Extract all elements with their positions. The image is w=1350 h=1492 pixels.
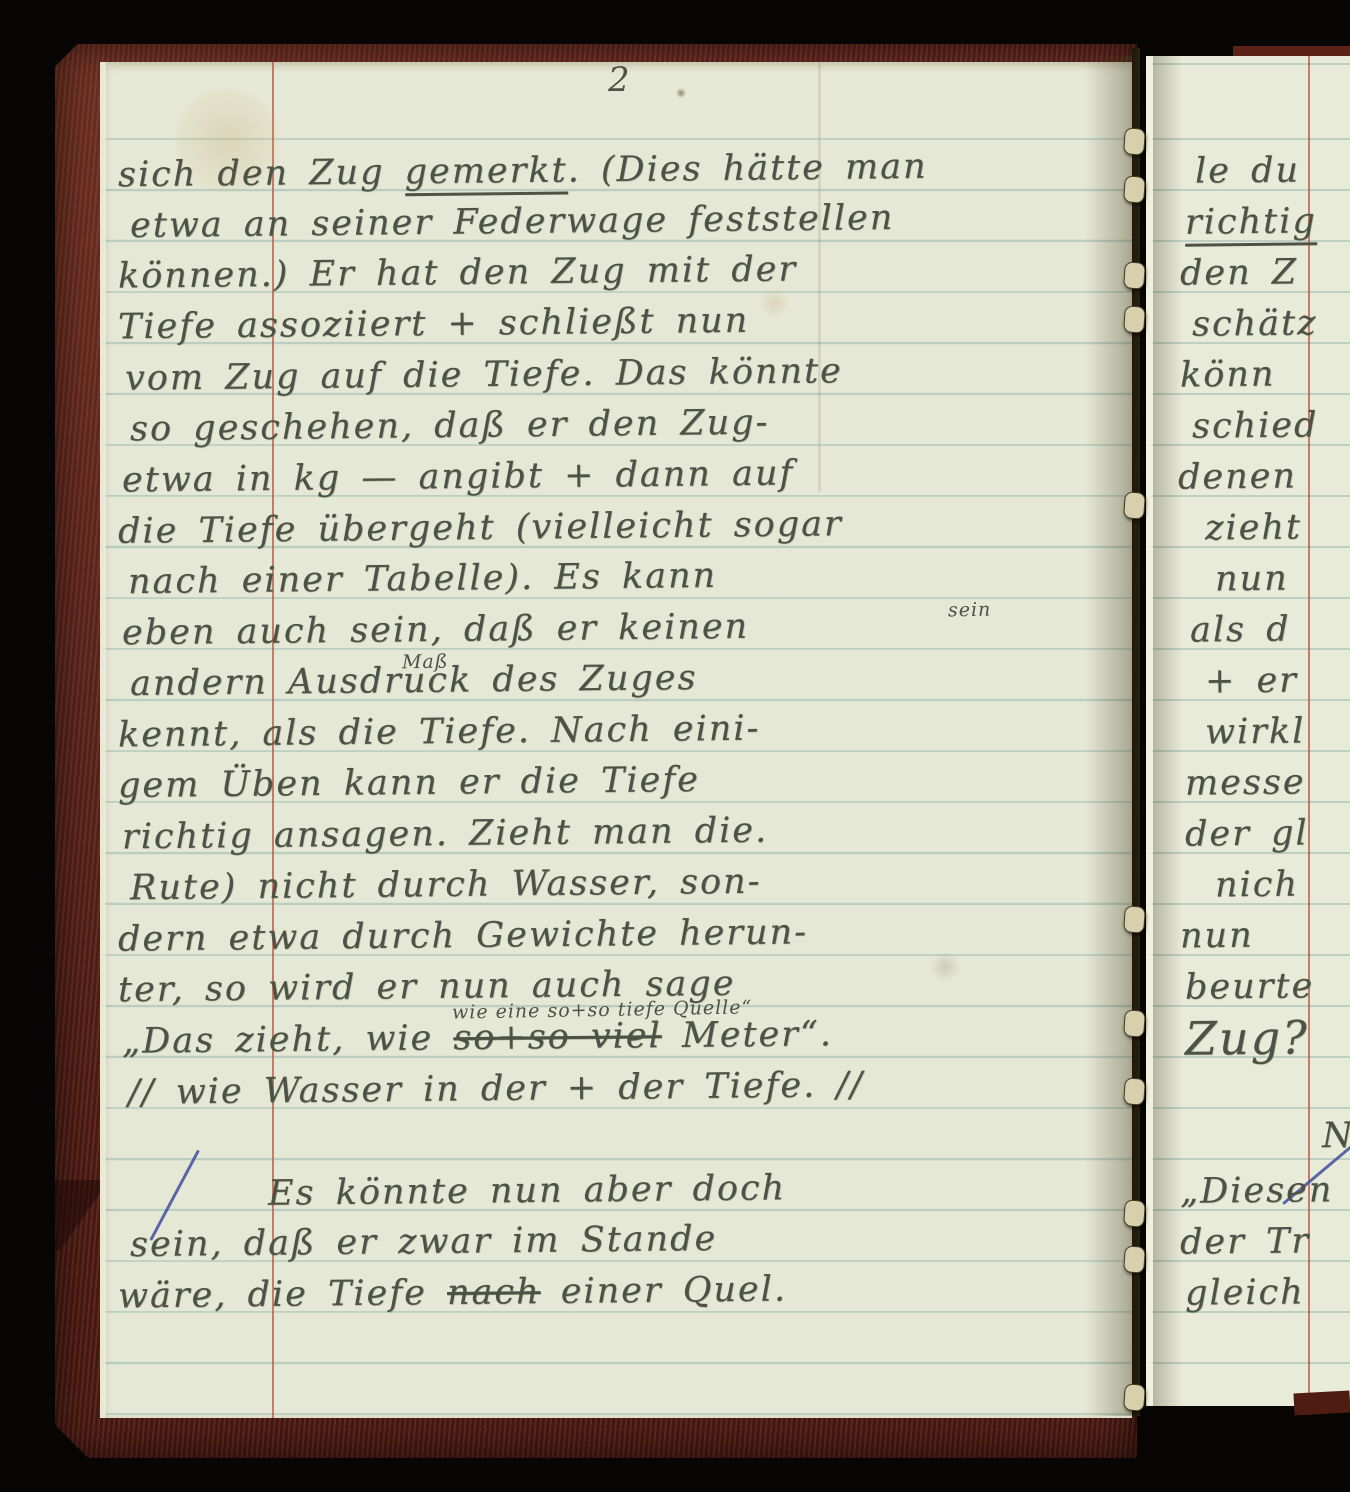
- manuscript-line: sich den Zug gemerkt. (Dies hätte man: [118, 143, 928, 199]
- manuscript-line: denen: [1178, 452, 1297, 501]
- manuscript-line: nach einer Tabelle). Es kann: [128, 552, 718, 606]
- manuscript-line: der gl: [1185, 809, 1309, 858]
- manuscript-line: dern etwa durch Gewichte herun-: [118, 908, 808, 963]
- page-edge: [1146, 56, 1153, 1406]
- binding-thread-icon: [1123, 1245, 1146, 1273]
- binding-thread-icon: [1123, 1077, 1146, 1105]
- manuscript-line: vom Zug auf die Tiefe. Das könnte: [125, 347, 843, 403]
- line-text: „Das zieht, wie: [122, 1018, 454, 1061]
- binding-thread-icon: [1123, 1009, 1146, 1037]
- manuscript-line: nun: [1215, 555, 1289, 604]
- manuscript-line: beurte: [1185, 962, 1315, 1011]
- binding-thread-icon: [1123, 1199, 1146, 1227]
- manuscript-line: N: [1322, 1112, 1350, 1160]
- underlined-word: richtig: [1185, 201, 1317, 246]
- page-edge: [100, 62, 106, 1418]
- manuscript-line: Zug?: [1185, 1013, 1309, 1062]
- manuscript-line: richtig ansagen. Zieht man die.: [122, 807, 769, 862]
- manuscript-line: // wie Wasser in der + der Tiefe. //: [128, 1061, 864, 1117]
- manuscript-line: sein, daß er zwar im Stande: [130, 1215, 718, 1269]
- manuscript-line: messe: [1185, 758, 1306, 807]
- manuscript-line: als d: [1190, 605, 1291, 654]
- manuscript-line: etwa in kg — angibt + dann auf: [122, 449, 795, 504]
- manuscript-line: der Tr: [1180, 1217, 1311, 1266]
- manuscript-line: wirkl: [1205, 707, 1306, 756]
- manuscript-line: nich: [1215, 861, 1299, 910]
- manuscript-line: die Tiefe übergeht (vielleicht sogar: [118, 500, 843, 556]
- struck-text: nach: [447, 1272, 541, 1313]
- manuscript-line: Rute) nicht durch Wasser, son-: [130, 858, 762, 913]
- manuscript-line: gem Üben kann er die Tiefe: [118, 756, 700, 810]
- manuscript-line: so geschehen, daß er den Zug-: [130, 399, 770, 454]
- interlinear-insertion: sein: [948, 598, 992, 623]
- interlinear-insertion: Maß: [402, 650, 449, 675]
- binding-thread-icon: [1123, 127, 1146, 155]
- manuscript-line: zieht: [1205, 503, 1302, 552]
- manuscript-line: richtig: [1185, 197, 1317, 246]
- manuscript-line: wäre, die Tiefe nach einer Quel.: [118, 1265, 787, 1320]
- line-text: wäre, die Tiefe: [118, 1273, 447, 1316]
- binding-thread-icon: [1123, 905, 1146, 933]
- manuscript-line: schätz: [1192, 299, 1318, 348]
- manuscript-line: + er: [1205, 657, 1298, 706]
- manuscript-line: etwa an seiner Federwage feststellen: [130, 194, 895, 250]
- gutter-shadow: [1153, 56, 1183, 1406]
- line-text: sich den Zug: [118, 152, 405, 195]
- manuscript-line: Es könnte nun aber doch: [268, 1164, 787, 1217]
- page-number: 2: [608, 60, 630, 100]
- line-text: Meter“.: [662, 1014, 834, 1056]
- line-text: . (Dies hätte man: [567, 147, 927, 191]
- manuscript-line: können.) Er hat den Zug mit der: [118, 245, 798, 300]
- binding-thread-icon: [1123, 1383, 1146, 1411]
- paper-crease: [818, 62, 821, 492]
- manuscript-line: schied: [1192, 401, 1319, 450]
- binding-thread-icon: [1123, 175, 1146, 203]
- manuscript-line: le du: [1195, 146, 1300, 195]
- manuscript-line: gleich: [1185, 1268, 1305, 1317]
- manuscript-line: „Diesen: [1180, 1166, 1334, 1216]
- binding-thread-icon: [1123, 305, 1146, 333]
- manuscript-line: kennt, als die Tiefe. Nach eini-: [118, 705, 761, 760]
- binding-thread-icon: [1123, 261, 1146, 289]
- binding-thread-icon: [1123, 491, 1146, 519]
- line-text: einer Quel.: [540, 1269, 787, 1312]
- manuscript-line: könn: [1180, 351, 1276, 400]
- manuscript-line: Tiefe assoziiert + schließt nun: [118, 297, 750, 352]
- cover-edge: [1293, 1391, 1350, 1416]
- notebook-scan: 2 sich den Zug gemerkt. (Dies hätte man …: [0, 0, 1350, 1492]
- manuscript-line: nun: [1180, 912, 1254, 961]
- underlined-word: gemerkt: [404, 151, 567, 197]
- manuscript-line: den Z: [1180, 248, 1299, 297]
